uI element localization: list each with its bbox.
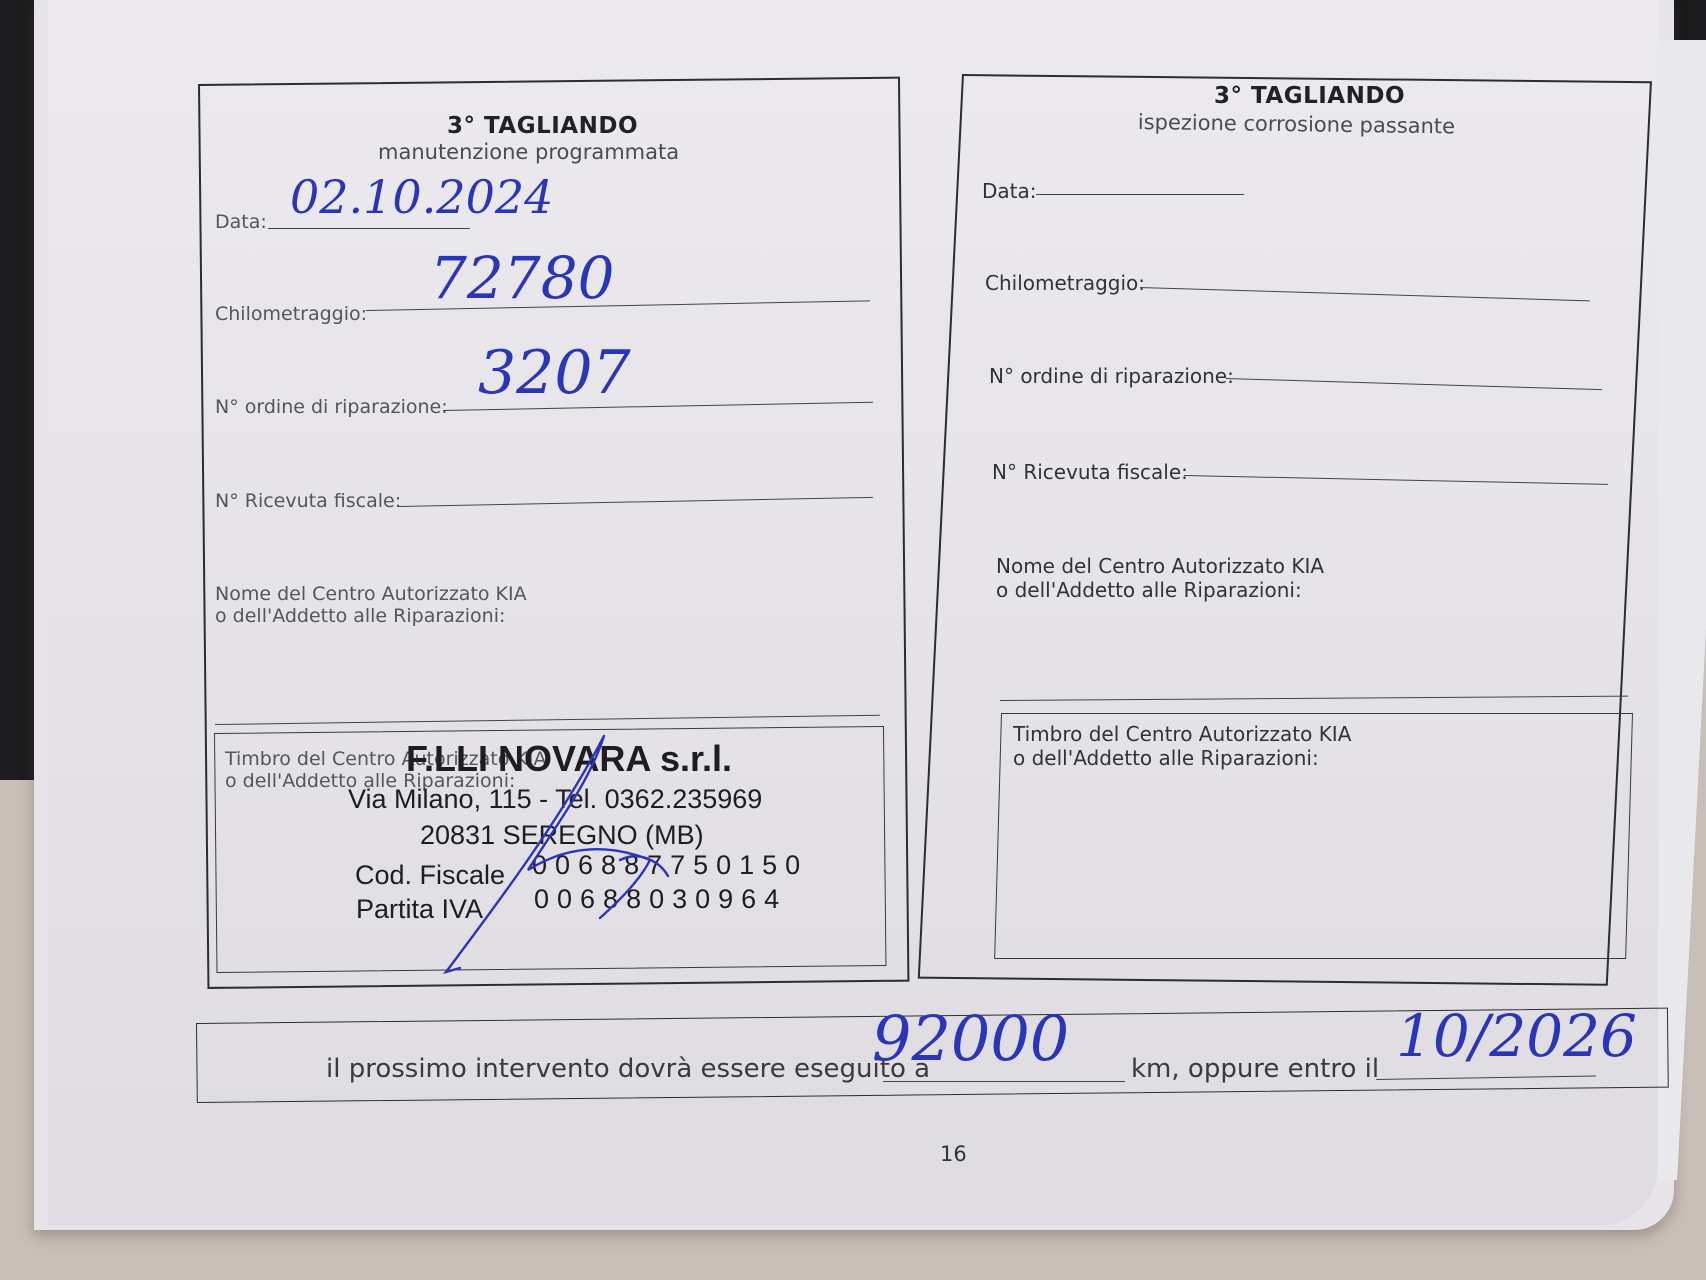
next-service-km-value[interactable]: 92000	[872, 1002, 1069, 1075]
page-number: 16	[940, 1142, 967, 1166]
right-order-label: N° ordine di riparazione:	[989, 364, 1234, 388]
right-card-title: 3° TAGLIANDO	[1214, 83, 1405, 109]
next-service-prefix: il prossimo intervento dovrà essere eseg…	[326, 1054, 930, 1084]
left-km-value[interactable]: 72780	[430, 244, 615, 312]
right-date-label: Data:	[982, 179, 1037, 203]
left-order-value[interactable]: 3207	[478, 338, 631, 408]
left-date-value[interactable]: 02.10.2024	[290, 170, 553, 224]
left-receipt-label: N° Ricevuta fiscale:	[215, 490, 401, 512]
stamp-city: 20831 SEREGNO (MB)	[420, 820, 704, 851]
left-date-line	[268, 228, 470, 229]
left-center-name-label-2: o dell'Addetto alle Riparazioni:	[215, 605, 505, 627]
right-center-name-label-1: Nome del Centro Autorizzato KIA	[996, 554, 1324, 578]
right-receipt-label: N° Ricevuta fiscale:	[992, 460, 1188, 484]
next-service-date-value[interactable]: 10/2026	[1396, 1002, 1637, 1070]
stamp-cf-label: Cod. Fiscale	[355, 860, 505, 891]
right-stamp-label-2: o dell'Addetto alle Riparazioni:	[1013, 746, 1319, 770]
left-date-label: Data:	[215, 211, 267, 233]
right-date-line	[1036, 194, 1244, 195]
left-km-label: Chilometraggio:	[215, 303, 367, 325]
stamp-cf-value: 006887750150	[532, 850, 808, 881]
next-service-km-line	[883, 1081, 1125, 1082]
left-card-title: 3° TAGLIANDO	[447, 113, 638, 139]
right-stamp-label-1: Timbro del Centro Autorizzato KIA	[1013, 722, 1351, 746]
left-order-label: N° ordine di riparazione:	[215, 396, 448, 418]
stamp-piva-value: 00688030964	[534, 884, 787, 915]
left-center-name-label-1: Nome del Centro Autorizzato KIA	[215, 583, 527, 605]
next-service-middle: km, oppure entro il	[1131, 1054, 1379, 1084]
stamp-address: Via Milano, 115 - Tel. 0362.235969	[348, 784, 762, 815]
left-card-subtitle: manutenzione programmata	[378, 140, 679, 164]
stamp-company: F.LLI NOVARA s.r.l.	[406, 738, 732, 780]
right-card-subtitle: ispezione corrosione passante	[1138, 110, 1456, 138]
right-km-label: Chilometraggio:	[985, 271, 1145, 295]
stamp-piva-label: Partita IVA	[356, 894, 483, 925]
right-center-name-label-2: o dell'Addetto alle Riparazioni:	[996, 578, 1302, 602]
